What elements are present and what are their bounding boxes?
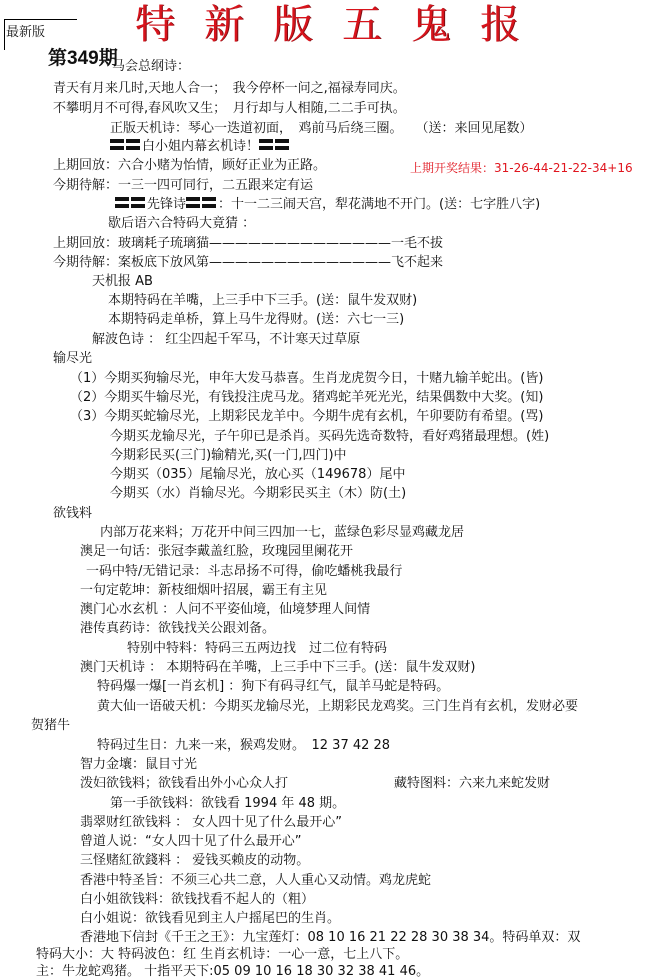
double-bar-icon — [259, 139, 291, 150]
he-zhu-niu-line: 特码过生日：九来一来，猴鸡发财。 12 37 42 28 — [97, 737, 390, 755]
bai-xiaojie-heading: 白小姐内幕玄机诗！ — [110, 138, 291, 156]
edition-label: 最新版 — [6, 21, 45, 40]
tianji-bao-title: 天机报 AB — [92, 273, 153, 291]
general-poem-line: 不攀明月不可得,春风吹又生； 月行却与人相随,二二手可执。 — [53, 100, 406, 118]
lose-all-title: 输尽光 — [53, 350, 92, 368]
he-zhu-niu-line: 智力金壤：鼠目寸光 — [80, 756, 197, 774]
masthead-char: 特 — [134, 2, 176, 48]
lose-all-line: 今期买龙输尽光，子午卯已是杀肖。买码先选奇数特，看好鸡猪最理想。(姓) — [110, 428, 549, 446]
want-money-line: 特码爆一爆[一肖玄机] ：狗下有码寻红气，鼠羊马蛇是特码。 — [97, 678, 449, 696]
tianji-poem: 正版天机诗：琴心一迭道初面， 鸡前马后绕三圈。 （送：来回见尾数） — [110, 120, 533, 138]
last-draw-result: 上期开奖结果：31-26-44-21-22-34+16 — [410, 159, 633, 177]
want-money-title: 欲钱料 — [53, 505, 92, 523]
tianji-bao-line: 本期特码走单桥，算上马牛龙得财。(送：六七一三) — [108, 311, 404, 329]
he-zhu-niu-line: 香港中特圣旨：不须三心共二意，人人重心又动情。鸡龙虎蛇 — [80, 872, 431, 890]
general-poem-title: 马会总纲诗： — [112, 58, 190, 76]
double-bar-icon — [186, 197, 218, 208]
want-money-line: 黄大仙一语破天机：今期买龙输尽光，上期彩民龙鸡奖。三门生肖有玄机，发财必要 — [97, 698, 578, 716]
lose-all-line: 今期彩民买(三门)输精光,买(一门,四门)中 — [110, 447, 347, 465]
want-money-line: 一句定乾坤：新枝细烟叶招展，霸王有主见 — [80, 582, 327, 600]
double-bar-icon — [110, 139, 142, 150]
he-zhu-niu-line: 白小姐欲钱料：欲钱找看不起人的（粗） — [80, 891, 314, 909]
wave-color-poem: 解波色诗 ： 红尘四起千军马，不计寒天过草原 — [92, 331, 360, 349]
general-poem-line: 青天有月来几时,天地人合一； 我今停杯一问之,福禄寿同庆。 — [53, 80, 406, 98]
want-money-line: 澳门心水玄机 ：人问不平姿仙境，仙境梦理人间情 — [80, 601, 370, 619]
vanguard-poem: 先锋诗：十一二三闹天宫，犁花满地不开门。(送：七字胜八字) — [115, 196, 540, 214]
masthead-char: 五 — [341, 2, 383, 48]
double-bar-icon — [115, 197, 147, 208]
last-draw-label: 上期开奖结果： — [410, 161, 494, 175]
masthead-char: 鬼 — [410, 2, 452, 48]
he-zhu-niu-line: 翡翠财红欲钱料 ： 女人四十见了什么最开心” — [80, 814, 342, 832]
masthead-title: 特 新 版 五 鬼 报 — [134, 2, 521, 48]
he-zhu-niu-line: 特码大小：大 特码波色：红 生肖玄机诗：一心一意，七上八下。 — [36, 946, 408, 964]
lose-all-line: 今期买（水）肖输尽光。今期彩民买主（木）防(土) — [110, 485, 406, 503]
vanguard-title: 先锋诗 — [147, 197, 186, 212]
xiehouyu-title: 歇后语六合特码大竟猜 ： — [108, 215, 255, 233]
lose-all-line: （3）今期买蛇输尽光，上期彩民龙羊中。今期牛虎有玄机，午卯要防有希望。(骂) — [70, 408, 543, 426]
last-review-2: 上期回放：玻璃耗子琉璃猫——————————————一毛不拔 — [53, 235, 443, 253]
issue-number: 第349期 — [48, 47, 118, 71]
want-money-line: 澳足一句话：张冠李戴盖红脸，玫瑰园里阑花开 — [80, 543, 353, 561]
masthead-char: 新 — [203, 2, 245, 48]
this-pending-1: 今期待解：一三一四可同行，二五跟来定有运 — [53, 177, 313, 195]
he-zhu-niu-line: 香港地下信封《千王之王》：九宝莲灯：08 10 16 21 22 28 30 3… — [80, 929, 580, 947]
he-zhu-niu-line: 曾道人说：“女人四十见了什么最开心” — [80, 833, 301, 851]
last-review-1: 上期回放：六合小赌为怡情，顾好正业为正路。 — [53, 157, 326, 175]
last-draw-numbers: 31-26-44-21-22-34+16 — [494, 161, 633, 175]
this-pending-2: 今期待解：案板底下放风第——————————————飞不起来 — [53, 254, 443, 272]
he-zhu-niu-line: 三怪赌紅欲錢料 ： 爱钱买赖皮的动物。 — [80, 852, 309, 870]
he-zhu-niu-line: 白小姐说：欲钱看见到主人户摇尾巴的生肖。 — [80, 910, 340, 928]
tianji-bao-line: 本期特码在羊嘴，上三手中下三手。(送：鼠牛发双财) — [108, 292, 417, 310]
want-money-line: 港传真药诗：欲钱找关公跟刘备。 — [80, 620, 275, 638]
want-money-line: 特别中特料：特码三五两边找 过二位有特码 — [127, 640, 387, 658]
want-money-line: 澳门天机诗 ： 本期特码在羊嘴，上三手中下三手。(送：鼠牛发双财) — [80, 659, 475, 677]
lose-all-line: （2）今期买牛输尽光，有钱投注虎马龙。猪鸡蛇羊死光光，结果偶数中大奖。(知) — [70, 389, 543, 407]
he-zhu-niu-line: 藏特图料：六来九来蛇发财 — [394, 775, 550, 793]
bai-xiaojie-title: 白小姐内幕玄机诗！ — [142, 139, 259, 154]
want-money-line: 一码中特/无错记录：斗志昂扬不可得，偷吃蟠桃我最行 — [86, 563, 402, 581]
he-zhu-niu-title: 贺猪牛 — [31, 717, 70, 735]
want-money-line: 内部万花来料；万花开中间三四加一七，蓝绿色彩尽显鸡藏龙居 — [100, 524, 464, 542]
he-zhu-niu-line: 泼妇欲钱料；欲钱看出外小心众人打 — [80, 775, 288, 793]
lose-all-line: 今期买（035）尾输尽光，放心买（149678）尾中 — [110, 466, 405, 484]
masthead-char: 版 — [272, 2, 314, 48]
lose-all-line: （1）今期买狗输尽光，申年大发马恭喜。生肖龙虎贺今日，十赌九输羊蛇出。(皆) — [70, 370, 543, 388]
he-zhu-niu-line: 第一手欲钱料：欲钱看 1994 年 48 期。 — [110, 795, 345, 813]
vanguard-text: ：十一二三闹天宫，犁花满地不开门。(送：七字胜八字) — [218, 197, 540, 212]
he-zhu-niu-line: 主：牛龙蛇鸡猪。 十指平天下:05 09 10 16 18 30 32 38 4… — [36, 963, 429, 980]
masthead-char: 报 — [479, 2, 521, 48]
